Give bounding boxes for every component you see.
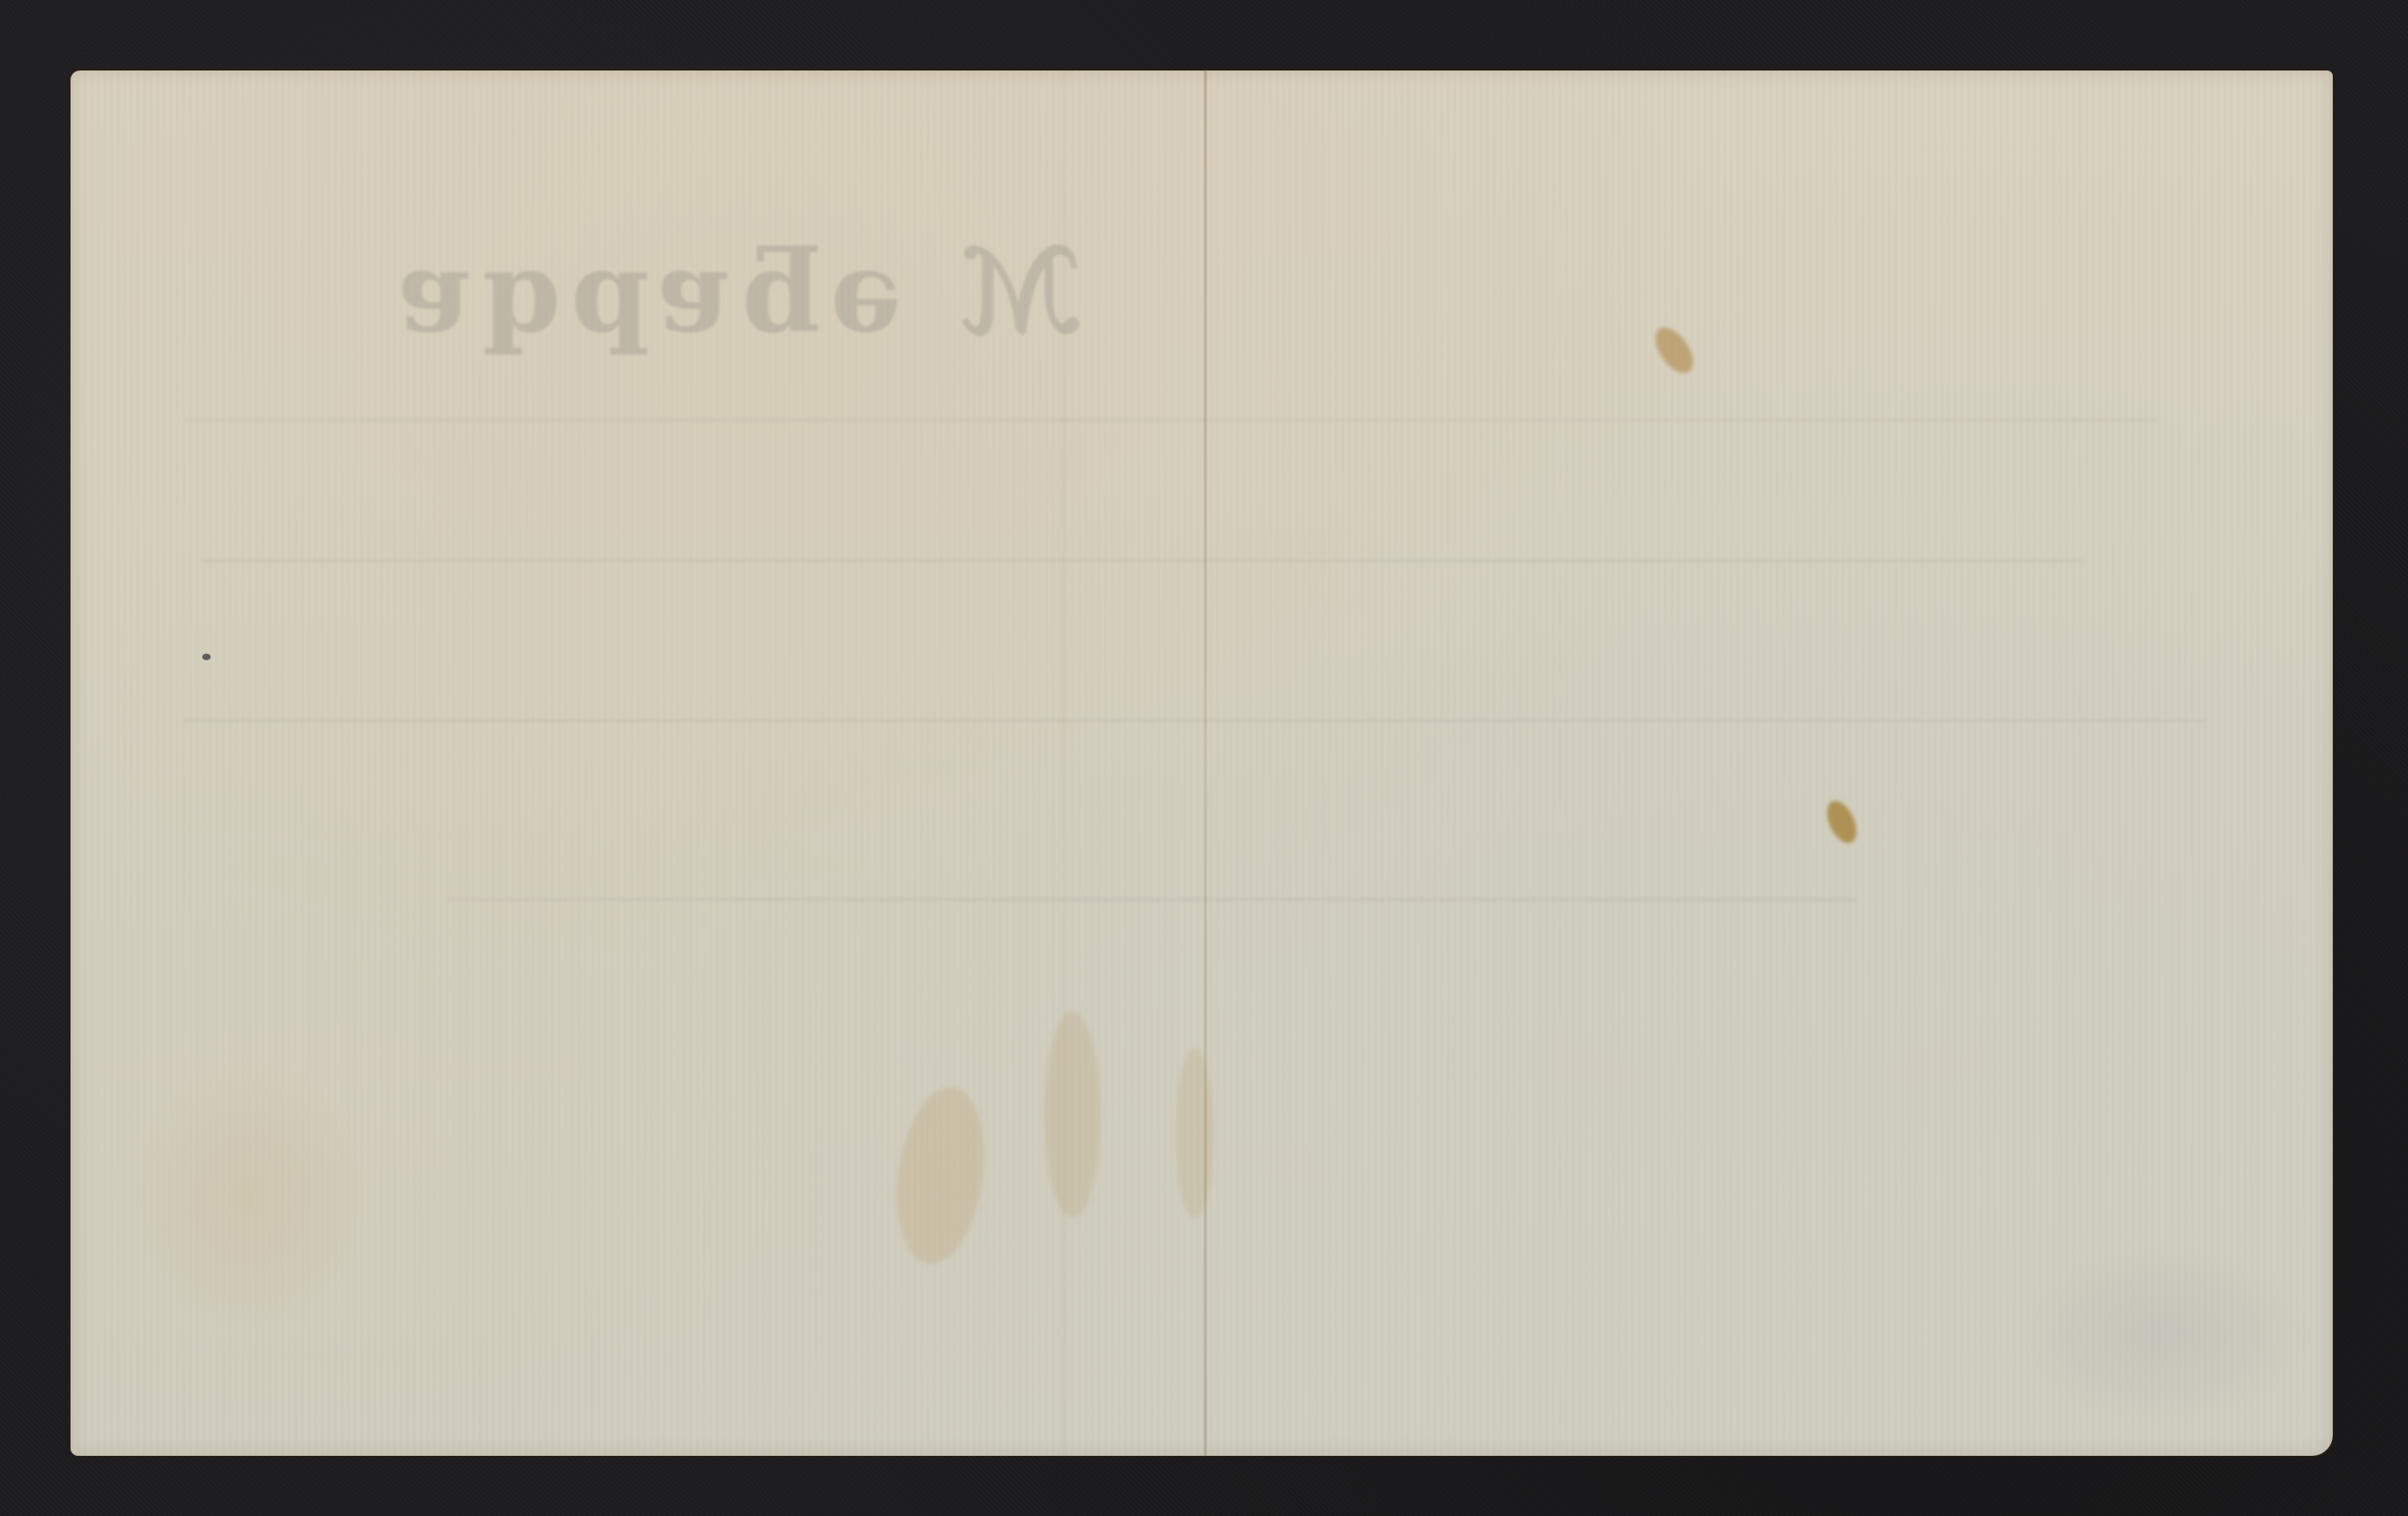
brown-stain <box>1821 797 1862 847</box>
left-discoloration <box>127 1058 372 1340</box>
bleed-through-rule <box>202 560 2083 562</box>
bleed-through-rule <box>447 898 1858 901</box>
mirrored-bleed-through-text: ℳ ǝƃɐpqɐ <box>390 226 1081 358</box>
faint-stain <box>1176 1049 1213 1218</box>
faint-stain <box>1044 1011 1101 1218</box>
ink-dot <box>202 654 211 660</box>
paper-note-reverse: ℳ ǝƃɐpqɐ <box>71 71 2333 1456</box>
center-fold-line <box>1204 71 1207 1456</box>
bleed-through-rule <box>183 418 2159 421</box>
corner-discoloration <box>2013 1240 2314 1428</box>
bleed-through-rule <box>183 719 2206 722</box>
brown-stain <box>1648 321 1701 379</box>
faint-stain <box>886 1082 995 1271</box>
